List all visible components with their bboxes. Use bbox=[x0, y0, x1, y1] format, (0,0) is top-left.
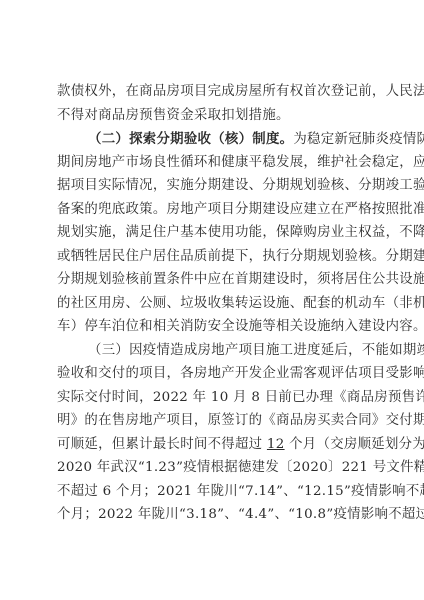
text-line: 期间房地产市场良性循环和健康平稳发展，维护社会稳定，应根 bbox=[57, 153, 370, 173]
text-line: 2020 年武汉“1.23”疫情根据徳建发〔2020〕221 号文件精神影响 bbox=[57, 458, 370, 478]
text-line: 款债权外，在商品房项目完成房屋所有权首次登记前，人民法院 bbox=[57, 82, 370, 102]
text-line: 分期规划验核前置条件中应在首期建设时，须将居住公共设施中 bbox=[57, 270, 370, 290]
text-line: 或牺牲居民住户居住品质前提下，执行分期规划验核。分期建设、 bbox=[57, 247, 370, 267]
section-3-first-line: （三）因疫情造成房地产项目施工进度延后，不能如期竣工 bbox=[88, 341, 370, 361]
text-line: 规划实施，满足住户基本使用功能，保障购房业主权益，不降低 bbox=[57, 223, 370, 243]
text-span: 可顺延，但累计最长时间不得超过 bbox=[57, 437, 267, 452]
text-line: 车）停车泊位和相关消防安全设施等相关设施纳入建设内容。 bbox=[57, 317, 370, 337]
underlined-months-value: 12 bbox=[267, 437, 285, 452]
text-line: 实际交付时间，2022 年 10 月 8 日前已办理《商品房预售许可证 bbox=[57, 388, 370, 408]
text-span: 个月（交房顺延划分为： bbox=[285, 437, 424, 452]
document-page: 款债权外，在商品房项目完成房屋所有权首次登记前，人民法院 不得对商品房预售资金采… bbox=[0, 0, 424, 600]
text-line: 明》的在售房地产项目，原签订的《商品房买卖合同》交付期限 bbox=[57, 411, 370, 431]
text-line-with-underline: 可顺延，但累计最长时间不得超过 12 个月（交房顺延划分为： bbox=[57, 435, 370, 455]
text-line: 验收和交付的项目，各房地产开发企业需客观评估项目受影响和 bbox=[57, 364, 370, 384]
text-line: 备案的兜底政策。房地产项目分期建设应建立在严格按照批准的 bbox=[57, 200, 370, 220]
text-line: 不得对商品房预售资金采取扣划措施。 bbox=[57, 106, 370, 126]
text-span: 为稳定新冠肺炎疫情防控 bbox=[293, 132, 424, 147]
text-line: 的社区用房、公厕、垃圾收集转运设施、配套的机动车（非机动 bbox=[57, 294, 370, 314]
text-line: 据项目实际情况，实施分期建设、分期规划验核、分期竣工验收 bbox=[57, 176, 370, 196]
text-line: 不超过 6 个月；2021 年陇川“7.14”、“12.15”疫情影响不超过 3 bbox=[57, 482, 370, 502]
text-line: 个月；2022 年陇川“3.18”、“4.4”、“10.8”疫情影响不超过 3 … bbox=[57, 505, 370, 525]
section-2-heading: （二）探索分期验收（核）制度。 bbox=[88, 131, 293, 147]
section-2-first-line: （二）探索分期验收（核）制度。为稳定新冠肺炎疫情防控 bbox=[88, 129, 370, 149]
